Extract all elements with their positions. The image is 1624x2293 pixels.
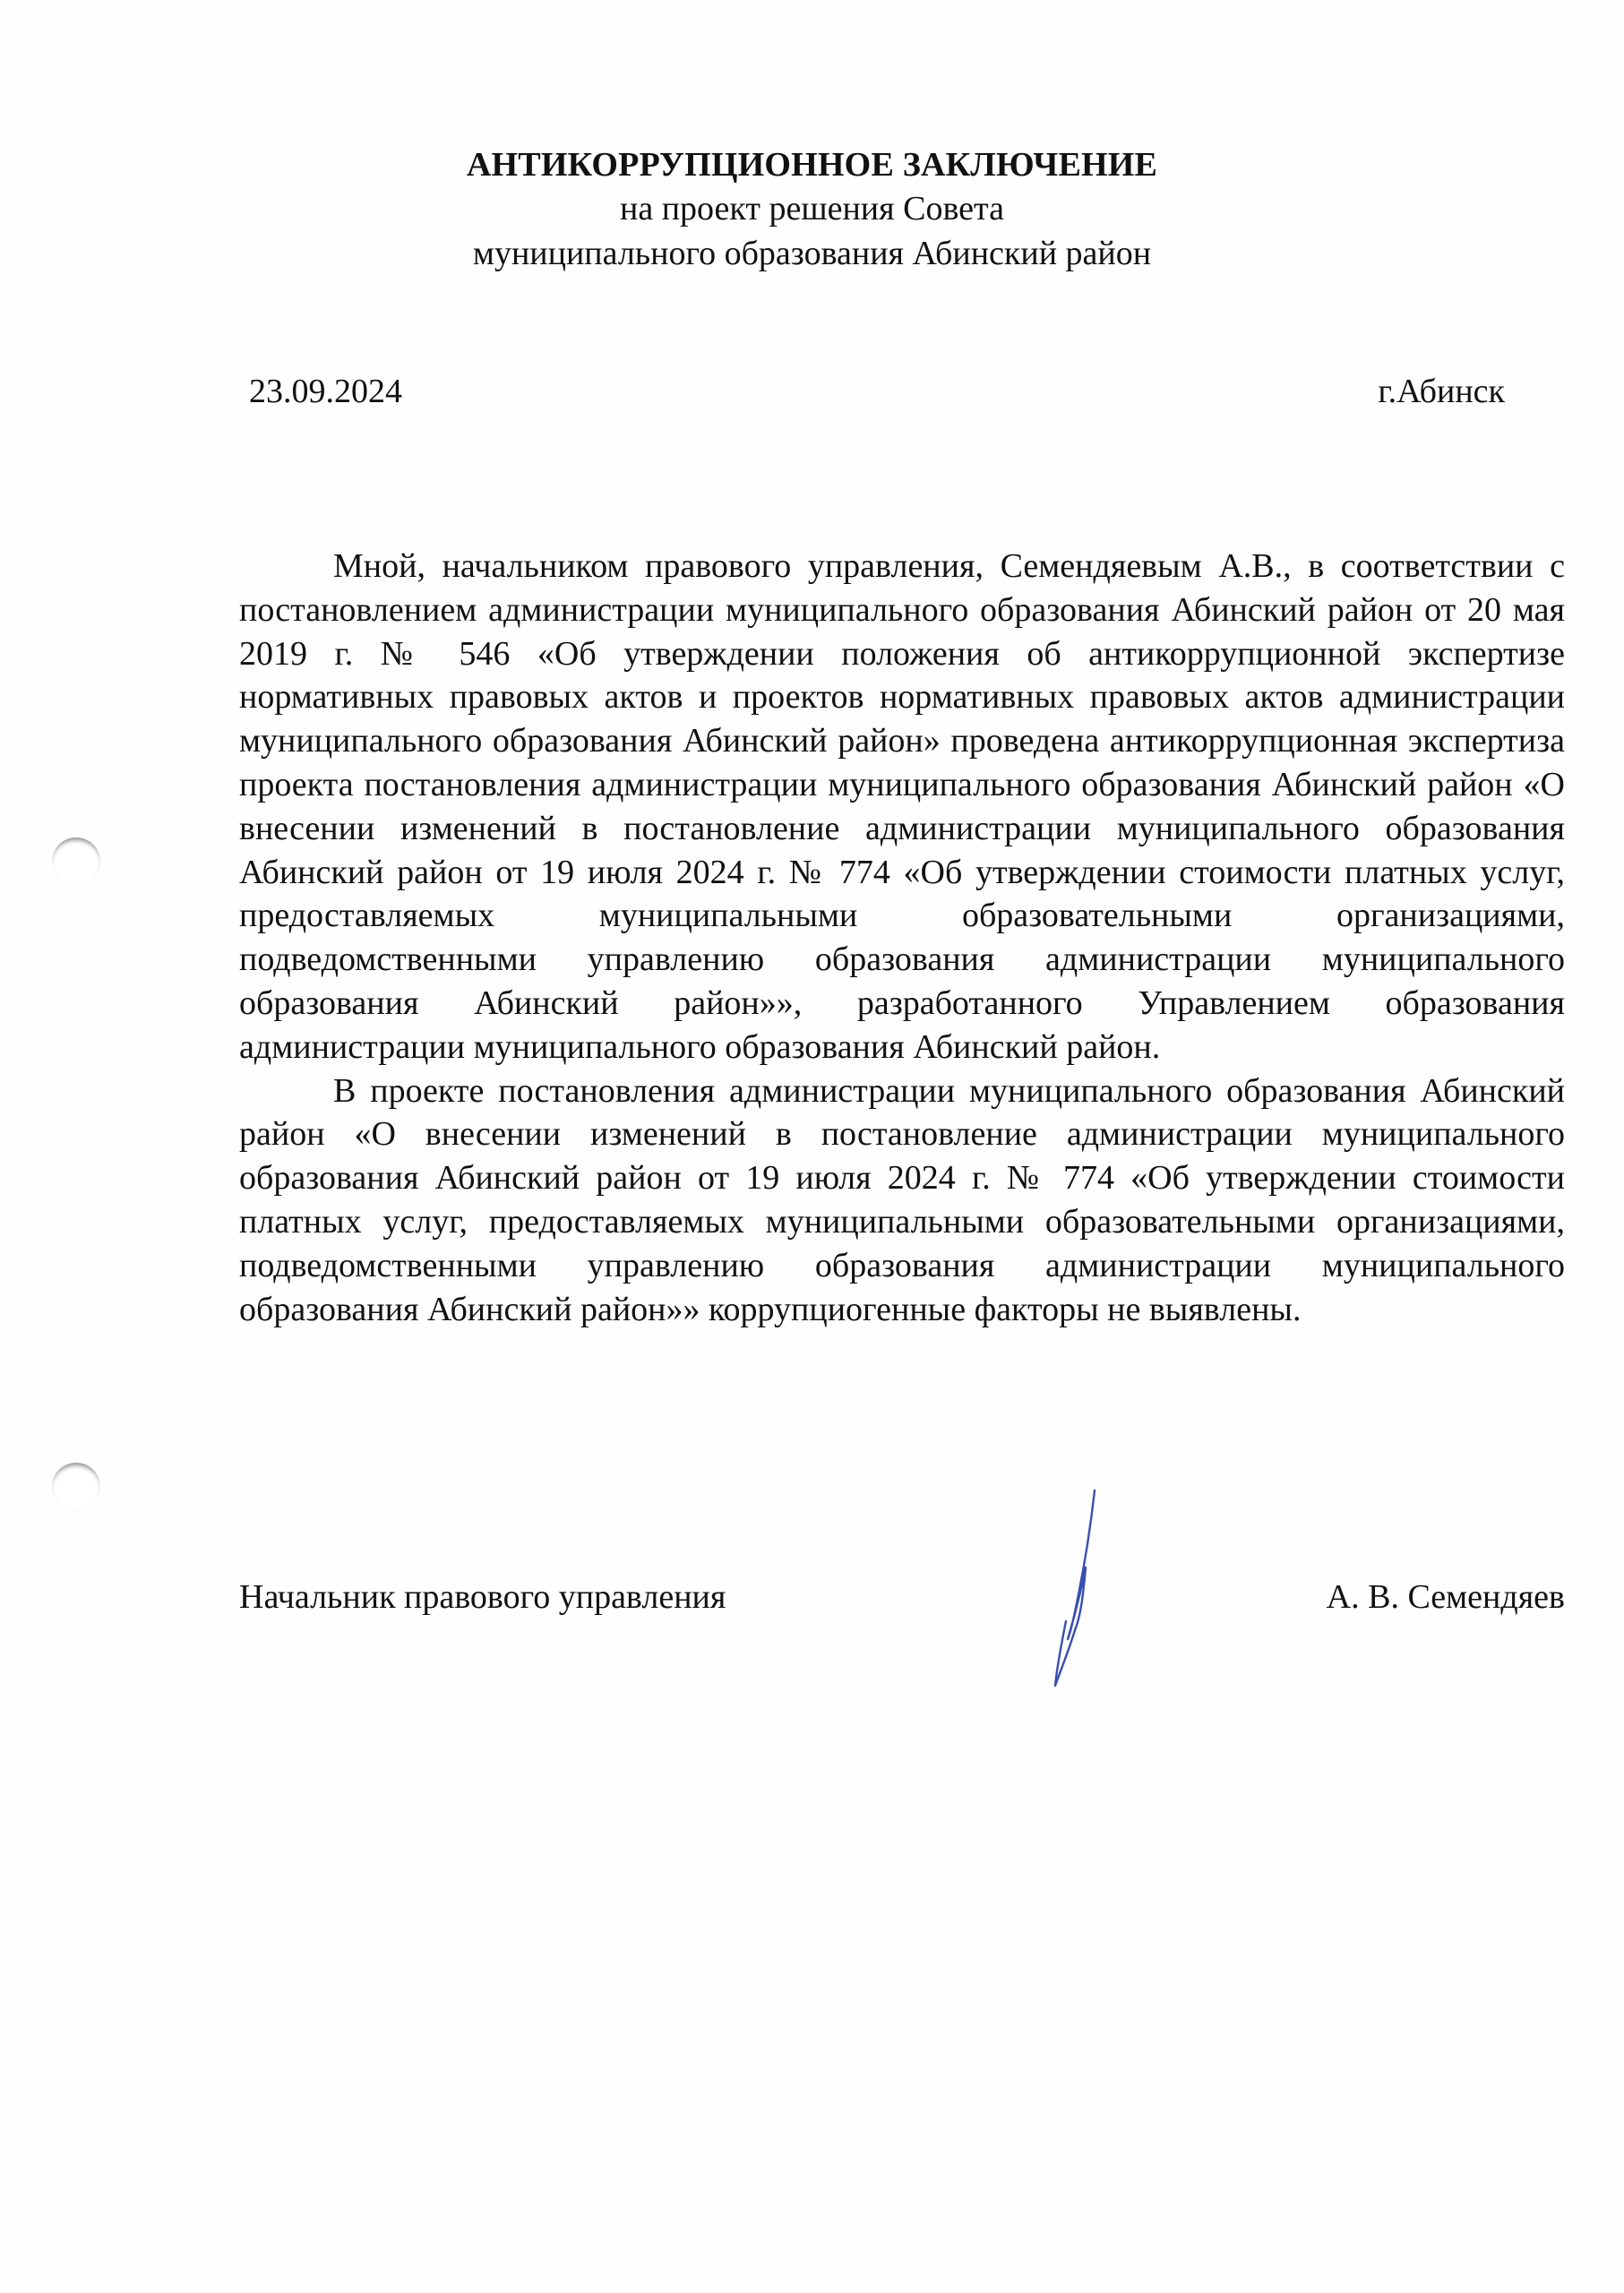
body-paragraph-2: В проекте постановления администрации му… <box>239 1069 1565 1332</box>
handwritten-signature-icon <box>1039 1487 1111 1693</box>
punch-hole-bottom <box>52 1463 100 1511</box>
document-subtitle-line2: муниципального образования Абинский райо… <box>0 231 1624 276</box>
document-page: АНТИКОРРУПЦИОННОЕ ЗАКЛЮЧЕНИЕ на проект р… <box>0 0 1624 2293</box>
document-body: Мной, начальником правового управления, … <box>239 545 1565 1331</box>
body-paragraph-1: Мной, начальником правового управления, … <box>239 545 1565 1069</box>
document-title: АНТИКОРРУПЦИОННОЕ ЗАКЛЮЧЕНИЕ <box>0 143 1624 186</box>
signer-position: Начальник правового управления <box>239 1575 726 1619</box>
document-subtitle-line1: на проект решения Совета <box>0 186 1624 231</box>
punch-hole-top <box>52 837 100 886</box>
document-header: АНТИКОРРУПЦИОННОЕ ЗАКЛЮЧЕНИЕ на проект р… <box>0 143 1624 276</box>
document-city: г.Абинск <box>1378 369 1505 414</box>
signer-name: А. В. Семендяев <box>1327 1575 1565 1619</box>
document-date: 23.09.2024 <box>249 369 402 414</box>
